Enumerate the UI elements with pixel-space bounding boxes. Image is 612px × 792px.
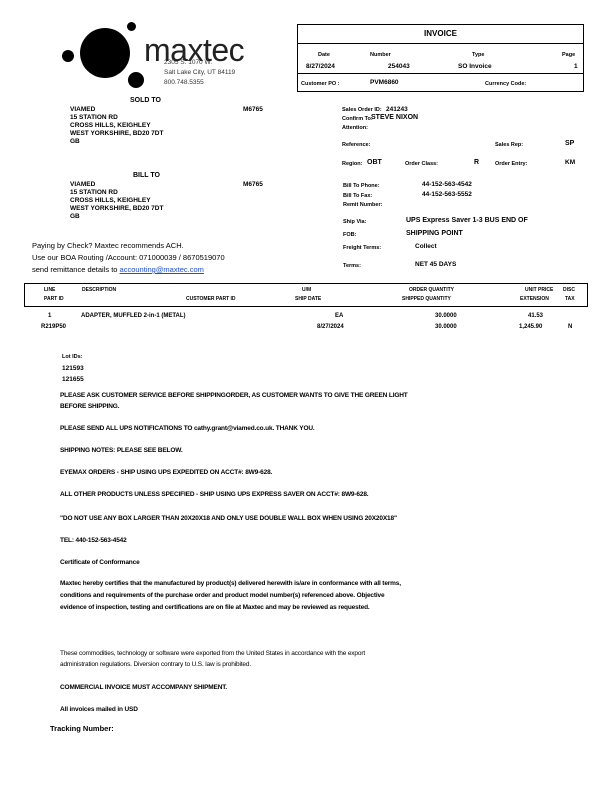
col-order-quantity: ORDER QUANTITY [409,287,454,293]
sold-to-line-3: CROSS HILLS, KEIGHLEY [70,122,151,129]
bill-to-line-5: GB [70,213,80,220]
export-notice-line: These commodities, technology or softwar… [60,650,365,657]
attention-label: Attention: [342,125,368,131]
logo-dot-small [62,50,74,62]
invoice-header-box: INVOICE Date Number Type Page 8/27/2024 … [297,24,584,92]
bill-to-line-1: VIAMED [70,181,95,188]
col-tax: TAX [565,296,575,302]
certificate-line: Maxtec hereby certifies that the manufac… [60,580,401,587]
date-label: Date [318,52,330,58]
sold-to-line-2: 15 STATION RD [70,114,118,121]
ship-via: UPS Express Saver 1-3 BUS END OF [406,217,528,224]
order-entry-label: Order Entry: [495,161,527,167]
row-part-id: R219P50 [41,324,66,330]
certificate-heading: Certificate of Conformance [60,559,140,566]
logo-dot-medium [128,72,144,88]
customer-po: PVM6860 [370,79,399,86]
freight-terms: Collect [415,243,437,250]
region: OBT [367,159,382,166]
currency-note: All invoices mailed in USD [60,706,138,713]
confirm-to-label: Confirm To: [342,116,373,122]
bill-to-heading: BILL TO [133,172,160,179]
order-entry: KM [565,159,575,166]
type-label: Type [472,52,484,58]
certificate-line: conditions and requirements of the purch… [60,592,385,599]
ship-via-label: Ship Via: [343,219,366,225]
freight-terms-label: Freight Terms: [343,245,381,251]
divider [298,73,583,74]
sales-rep: SP [565,140,574,147]
reference-label: Reference: [342,142,370,148]
col-ship-date: SHIP DATE [295,296,321,302]
remittance-prefix: send remittance details to [32,265,120,274]
row-tax: N [568,324,572,330]
sales-order-id: 241243 [386,106,408,113]
sold-to-line-1: VIAMED [70,106,95,113]
row-um: EA [335,313,343,319]
number-label: Number [370,52,391,58]
certificate-line: evidence of inspection, testing and cert… [60,604,370,611]
note-line: ALL OTHER PRODUCTS UNLESS SPECIFIED - SH… [60,491,368,498]
remit-number-label: Remit Number: [343,202,382,208]
payment-note-line-2: Use our BOA Routing /Account: 071000039 … [32,253,225,262]
note-line: SHIPPING NOTES: PLEASE SEE BELOW. [60,447,183,454]
lot-id: 121655 [62,376,84,383]
note-line: PLEASE ASK CUSTOMER SERVICE BEFORE SHIPP… [60,392,408,399]
row-extension: 1,245.90 [519,324,542,330]
logo-dot-tiny [127,22,136,31]
row-description: ADAPTER, MUFFLED 2-in-1 (METAL) [81,313,186,319]
payment-note-line-3: send remittance details to accounting@ma… [32,265,204,274]
lot-id: 121593 [62,365,84,372]
invoice-type: SO Invoice [458,63,492,70]
invoice-number: 254043 [388,63,410,70]
commercial-invoice-note: COMMERCIAL INVOICE MUST ACCOMPANY SHIPME… [60,684,227,691]
col-unit-price: UNIT PRICE [525,287,553,293]
order-class: R [474,159,479,166]
remittance-email-link[interactable]: accounting@maxtec.com [120,265,204,274]
row-line: 1 [48,313,51,319]
invoice-page: 1 [574,63,578,70]
note-line: PLEASE SEND ALL UPS NOTIFICATIONS TO cat… [60,425,315,432]
company-logo: maxtec 2305 S. 1070 W. Salt Lake City, U… [62,22,292,94]
note-line: BEFORE SHIPPING. [60,403,119,410]
row-ship-date: 8/27/2024 [317,324,344,330]
sales-order-id-label: Sales Order ID: [342,107,382,113]
sold-to-heading: SOLD TO [130,97,161,104]
customer-po-label: Customer PO : [301,81,340,87]
company-phone: 800.748.5355 [164,78,204,87]
currency-code-label: Currency Code: [485,81,526,87]
sold-to-line-4: WEST YORKSHIRE, BD20 7DT [70,130,163,137]
row-order-quantity: 30.0000 [435,313,457,319]
col-customer-part-id: CUSTOMER PART ID [186,296,236,302]
page-label: Page [562,52,575,58]
sold-to-line-5: GB [70,138,80,145]
invoice-date: 8/27/2024 [306,63,335,70]
bill-to-fax-label: Bill To Fax: [343,193,372,199]
fob: SHIPPING POINT [406,230,463,237]
terms-label: Terms: [343,263,361,269]
note-line: TEL: 440-152-563-4542 [60,537,127,544]
line-items-header: LINE DESCRIPTION U/M ORDER QUANTITY UNIT… [24,283,588,307]
bill-to-fax: 44-152-563-5552 [422,191,472,198]
bill-to-phone-label: Bill To Phone: [343,183,380,189]
col-extension: EXTENSION [520,296,549,302]
col-shipped-quantity: SHIPPED QUANTITY [402,296,451,302]
invoice-title: INVOICE [298,29,583,38]
terms: NET 45 DAYS [415,261,456,268]
note-line: EYEMAX ORDERS - SHIP USING UPS EXPEDITED… [60,469,272,476]
divider [298,43,583,44]
row-unit-price: 41.53 [528,313,543,319]
region-label: Region: [342,161,362,167]
bill-to-customer-id: M6765 [243,181,263,188]
col-um: U/M [302,287,311,293]
bill-to-line-2: 15 STATION RD [70,189,118,196]
payment-note-line-1: Paying by Check? Maxtec recommends ACH. [32,241,184,250]
company-address-line-1: 2305 S. 1070 W. [164,58,212,67]
order-class-label: Order Class: [405,161,438,167]
col-line: LINE [44,287,55,293]
tracking-number-label: Tracking Number: [50,724,114,733]
company-address-line-2: Salt Lake City, UT 84119 [164,68,235,77]
sales-rep-label: Sales Rep: [495,142,523,148]
lot-ids-label: Lot IDs: [62,354,82,360]
logo-dot-large [80,28,130,78]
col-disc: DISC [563,287,575,293]
export-notice-line: administration regulations. Diversion co… [60,661,251,668]
note-line: "DO NOT USE ANY BOX LARGER THAN 20X20X18… [60,515,397,522]
bill-to-line-3: CROSS HILLS, KEIGHLEY [70,197,151,204]
bill-to-phone: 44-152-563-4542 [422,181,472,188]
row-shipped-quantity: 30.0000 [435,324,457,330]
sold-to-customer-id: M6765 [243,106,263,113]
confirm-to: STEVE NIXON [371,114,418,121]
bill-to-line-4: WEST YORKSHIRE, BD20 7DT [70,205,163,212]
col-description: DESCRIPTION [82,287,116,293]
fob-label: FOB: [343,232,356,238]
col-part-id: PART ID [44,296,64,302]
